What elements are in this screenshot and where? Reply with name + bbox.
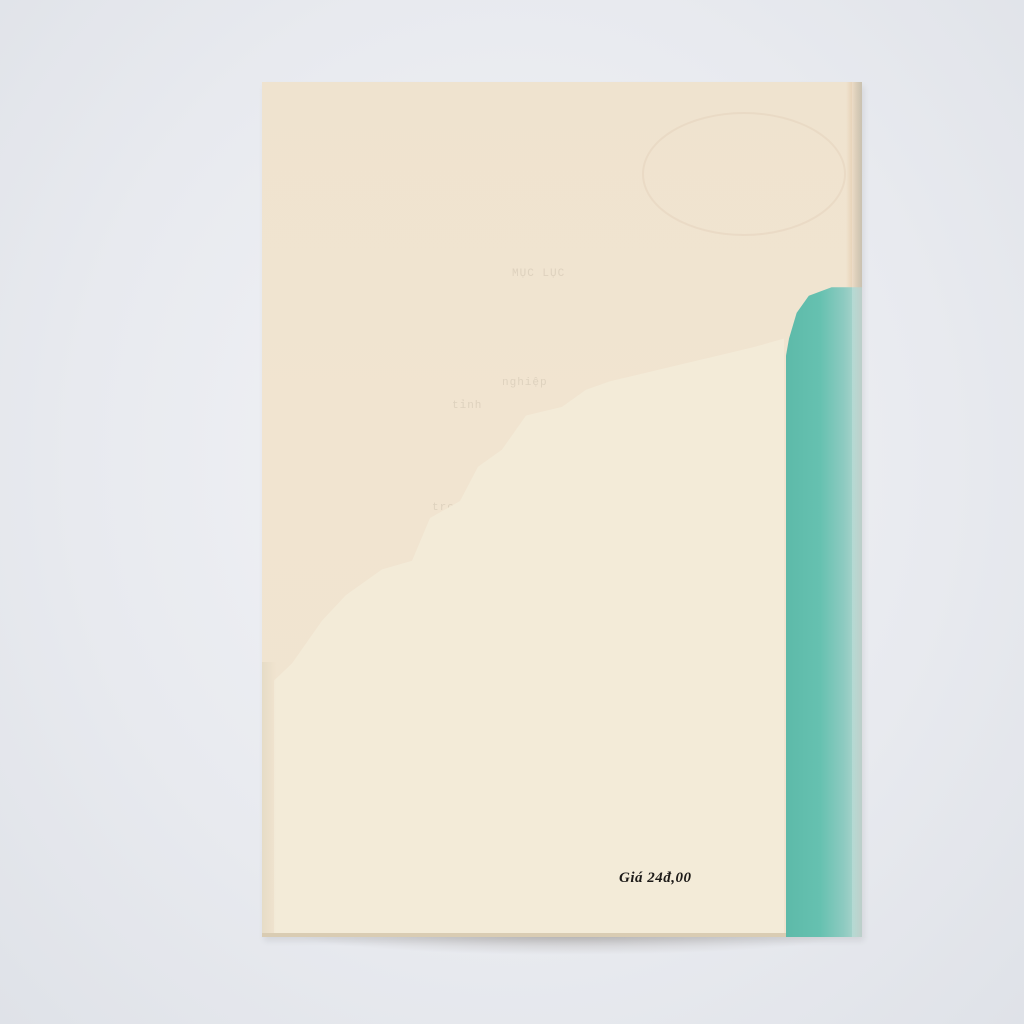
price-label: Giá 24đ,00	[619, 870, 692, 887]
water-stain	[642, 112, 846, 236]
bleedthrough-text: tỉnh	[452, 400, 482, 412]
book-back-cover: MỤC LỤC nghiệp tỉnh trong Giá 24đ,00	[262, 82, 862, 937]
bleedthrough-text: nghiệp	[502, 377, 548, 389]
spine-edge	[852, 82, 862, 937]
left-edge	[262, 662, 276, 937]
bleedthrough-text: MỤC LỤC	[512, 268, 565, 280]
bottom-edge	[262, 933, 786, 937]
